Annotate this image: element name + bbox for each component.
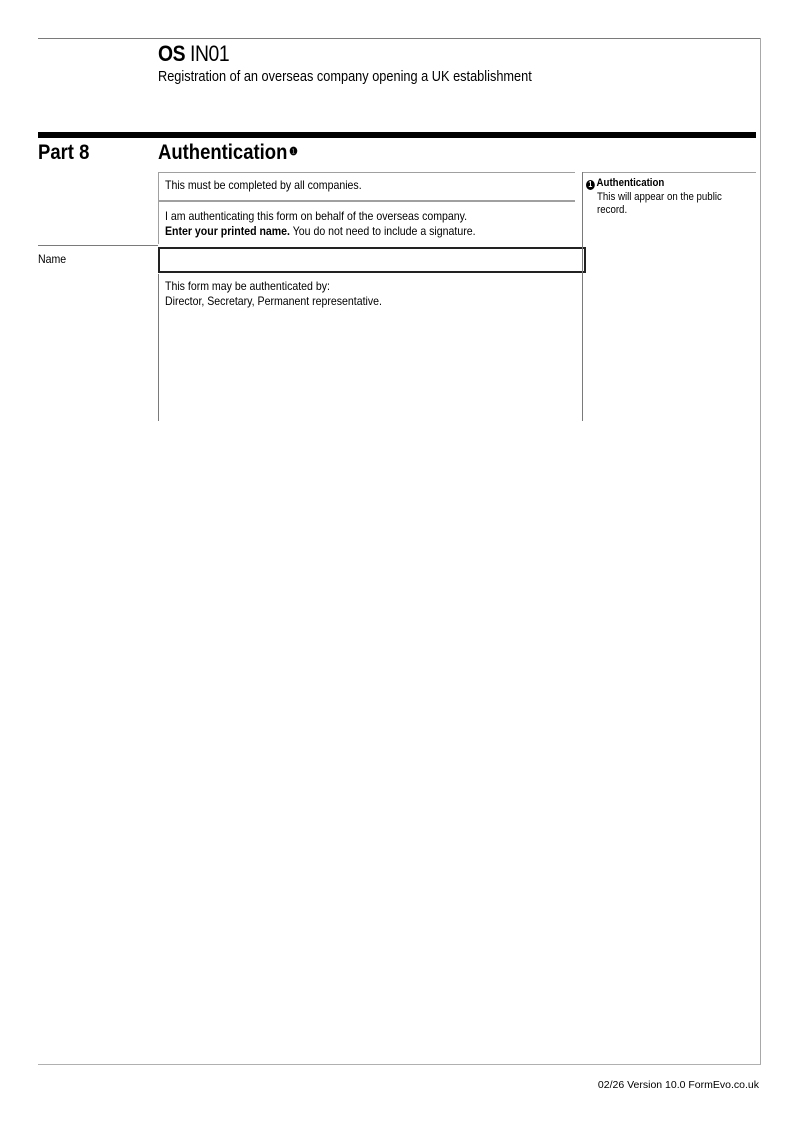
form-code-prefix: OS	[158, 41, 185, 66]
enter-name-bold: Enter your printed name.	[165, 224, 290, 238]
form-title: Registration of an overseas company open…	[158, 68, 532, 86]
authentication-statement-text: I am authenticating this form on behalf …	[165, 209, 467, 224]
name-row-divider	[38, 245, 158, 246]
form-code: OS IN01	[158, 41, 229, 67]
note-marker-icon: ❶	[289, 146, 298, 158]
name-input[interactable]	[158, 247, 586, 273]
guidance-body: This will appear on the public record.	[597, 191, 729, 217]
authenticators-box: This form may be authenticated by: Direc…	[158, 274, 577, 421]
page-top-rule	[38, 38, 761, 39]
section-title-text: Authentication	[158, 141, 287, 164]
guidance-heading-text: Authentication	[597, 177, 665, 189]
enter-name-rest: You do not need to include a signature.	[290, 224, 476, 238]
form-code-number: IN01	[190, 41, 229, 66]
authenticators-intro: This form may be authenticated by:	[165, 279, 330, 294]
authentication-statement-box: I am authenticating this form on behalf …	[158, 201, 575, 244]
page-right-rule	[760, 38, 761, 1065]
part-label: Part 8	[38, 141, 89, 165]
guidance-heading: 1Authentication	[586, 177, 664, 190]
completion-requirement-box: This must be completed by all companies.	[158, 172, 575, 202]
authenticators-roles: Director, Secretary, Permanent represent…	[165, 294, 382, 309]
numbered-note-icon: 1	[586, 180, 595, 190]
footer-version: 02/26 Version 10.0 FormEvo.co.uk	[564, 1079, 759, 1092]
page-bottom-rule	[38, 1064, 761, 1065]
section-divider-bar	[38, 132, 756, 138]
section-title: Authentication❶	[158, 141, 298, 165]
name-label: Name	[38, 252, 66, 267]
completion-requirement-text: This must be completed by all companies.	[165, 178, 362, 193]
enter-name-instruction: Enter your printed name. You do not need…	[165, 224, 476, 239]
